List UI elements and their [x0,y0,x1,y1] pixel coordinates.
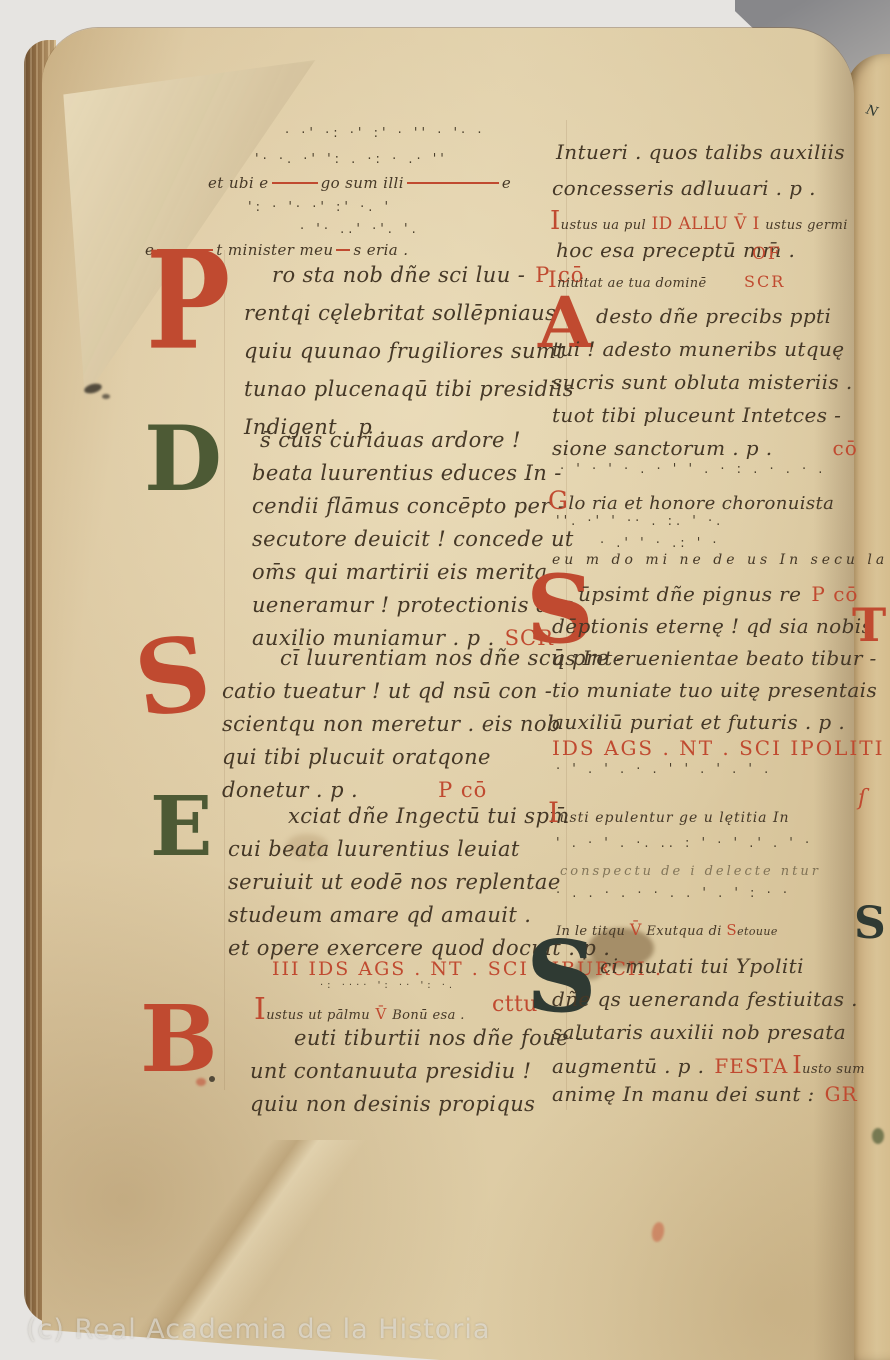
text-run: usto sum [802,1062,865,1077]
text-run: seruiuit ut eodē nos replentae [228,870,561,894]
text-run: cui beata luurentius leuiat [228,837,520,861]
text-line: quiu non desinis propiqus [250,1088,584,1121]
text-line: Intueri . quos talibs auxiliis [556,140,845,164]
text-line: beata luurentius educes In - [252,457,574,490]
text-run: qui tibi plucuit oratqone [222,745,491,769]
text-run: augmentū . p . [552,1054,704,1078]
text-run: rentqi cęlebritat sollēpniaus ! [244,301,572,325]
text-line: sione sanctorum . p .cō [552,432,858,465]
text-run: Exutqua di [646,924,721,939]
neume-row: '· ·. ·' ': . ·: · .· '' [255,152,448,167]
chant-syllables: eu m do mi ne de us In secu la [552,552,888,568]
versicle-mark: V̄ [630,920,642,939]
text-run: unt contanuuta presidiu ! [250,1059,531,1083]
text-line: salutaris auxilii nob presata [552,1016,865,1049]
text-run: usti epulentur ge u lętitia In [559,810,789,826]
text-run: ustus germi [765,218,848,233]
initial-P: P [146,249,230,354]
text-line: seruiuit ut eodē nos replentae [228,866,610,899]
text-run: cendii flāmus concēpto per - [252,494,565,518]
text-line: tuot tibi pluceunt Intetces - [552,399,858,432]
text-run: quiu quunao frugiliores sumt [244,339,565,363]
initial-D: D [144,424,222,494]
prayer-paragraph: ci mutati tui Ypoliti dñe qs ueneranda f… [552,950,865,1086]
text-run: ūpsimt dñe pignus re [578,582,801,606]
text-run: s̄ cuis curiauas ardore ! [260,428,521,452]
text-run: tui ! adesto muneribs utquę [552,337,845,361]
text-line: concesseris adluuari . p . [552,176,816,200]
rubric-marker: FESTA [714,1054,788,1078]
initial-E: E [150,796,213,860]
neume-row: · '· ..' ·'. '. [300,222,420,237]
feast-rubric: IDS AGS . NT . SCI IPOLITI . [552,736,890,760]
neume-row: ': · '· ·' :' ·. ' [248,200,392,215]
text-run: ustus ut pālmu [266,1008,370,1023]
text-run: qs Interuenientae beato tibur - [552,646,877,670]
text-run: quiu non desinis propiqus [250,1092,535,1116]
text-line: tunao plucenaqū tibi presidiis [244,370,584,408]
prayer-paragraph: ūpsimt dñe pignus reP cō dēptionis etern… [552,578,877,738]
text-line: tio muniate tuo uitę presentais [552,674,877,706]
neume-row: · .' ' · .: ' · [600,536,721,551]
text-run: etouue [737,925,778,938]
chant-text-line: et ubi ego sum illie [208,174,511,192]
text-run: xciat dñe Ingectū tui spm̄ [288,804,570,828]
neume-row: · ·' ·: ·' :' · '' · '· · [285,126,485,141]
text-run: donetur . p . [222,778,358,802]
text-run: tio muniate tuo uitę presentais [552,678,877,702]
text-line: desto dñe precibs ppti [596,300,858,333]
melisma-line [407,182,499,184]
edge-initial-S: S [854,898,886,949]
chant-text-line: Glo ria et honore choronuista [548,486,834,515]
text-line: animę In manu dei sunt :GR [552,1082,858,1106]
text-run: Bonū esa . [392,1008,465,1023]
text-run: sione sanctorum . p . [552,436,773,460]
edge-green-mark [872,1128,884,1144]
text-run: beata luurentius educes In - [252,461,562,485]
text-run: ustus ua pul [561,218,646,233]
rubric-marker: ID ALLU V̄ I [652,214,760,234]
text-run: ci mutati tui Ypoliti [600,954,804,978]
text-line: ūpsimt dñe pignus reP cō [578,578,877,610]
text-run: salutaris auxilii nob presata [552,1020,846,1044]
margin-rubric-of: OF [752,244,782,264]
text-run: ro sta nob dñe sci luu - [272,263,525,287]
text-run: studeum amare qd amauit . [228,903,531,927]
neume-row: ·: ···· ': ·· ': ·. [320,980,456,991]
text-run: catio tueatur ! ut qd nsū con - [222,679,552,703]
neume-row: ''. ·' ' ·· . :. ' ·. [556,514,724,529]
text-run: sucris sunt obluta misteriis . [552,370,853,394]
text-run: tuot tibi pluceunt Intetces - [552,403,841,427]
initial-I: I [550,206,561,236]
ink-stain [102,394,110,399]
text-run: secutore deuicit ! concede ut [252,527,574,551]
neume-row: · . . · . · · . . ' . ' : · · [556,886,791,901]
text-line: quiu quunao frugiliores sumt [244,332,584,370]
initial-S: S [131,633,215,722]
melisma-line [336,249,350,251]
text-line: s̄ cuis curiauas ardore ! [260,424,574,457]
margin-rubric-scr: SCR [744,272,785,291]
chant-text-line: Iusti epulentur ge u lętitia In [548,796,790,829]
faded-chant-text: conspectu de i delecte ntur [560,864,821,879]
prayer-paragraph: euti tiburtii nos dñe foue - unt contanu… [250,1022,584,1121]
text-run: e [502,174,511,192]
text-line: auxiliū puriat et futuris . p . [552,706,877,738]
text-run: dēptionis eternę ! qd sia nobis [552,614,872,638]
text-line: ci mutati tui Ypoliti [600,950,865,983]
rubric-marker: GR [825,1082,858,1106]
rubric-marker: P cō [438,778,487,802]
verse-incipit-line: Iustus ua pul ID ALLU V̄ I ustus germi [550,206,848,236]
initial-S-small: S [726,921,737,939]
text-line: dēptionis eternę ! qd sia nobis [552,610,877,642]
text-run: auxiliū puriat et futuris . p . [552,710,845,734]
prayer-paragraph: desto dñe precibs ppti tui ! adesto mune… [552,300,858,465]
text-line: dñe qs ueneranda festiuitas . [552,983,865,1016]
initial-I: I [792,1051,802,1079]
rubric-marker: cō [833,436,858,460]
edge-glyph: ſ [858,786,867,811]
text-line: qs Interuenientae beato tibur - [552,642,877,674]
versicle-mark: V̄ [375,1005,386,1023]
text-line: secutore deuicit ! concede ut [252,523,574,556]
copyright-watermark: (c) Real Academia de la Historia [26,1314,490,1345]
text-run: dñe qs ueneranda festiuitas . [552,987,858,1011]
text-run: et ubi e [208,174,269,192]
prayer-paragraph: ro sta nob dñe sci luu -P cō rentqi cęle… [244,256,584,446]
text-line: tui ! adesto muneribs utquę [552,333,858,366]
text-line: cendii flāmus concēpto per - [252,490,574,523]
text-run: lo ria et honore choronuista [568,493,834,514]
initial-I: I [548,796,559,829]
initial-G: G [548,486,568,515]
text-line: cui beata luurentius leuiat [228,833,610,866]
text-run: scientqu non meretur . eis nob [222,712,561,736]
neume-row: ' . · ' . ·. .. : ' · ' .' . ' · [556,836,813,851]
text-run: desto dñe precibs ppti [596,304,831,328]
text-line: augmentū . p .FESTAIusto sum [552,1049,865,1086]
text-run: animę In manu dei sunt : [552,1082,815,1106]
text-run: go sum illi [321,174,404,192]
text-line: unt contanuuta presidiu ! [250,1055,584,1088]
text-run: tunao plucenaqū tibi presidiis [244,377,574,401]
text-run: om̄s qui martirii eis merita [252,560,548,584]
initial-B: B [140,1004,218,1076]
manuscript-photo: · ·' ·: ·' :' · '' · '· · '· ·. ·' ': . … [0,0,890,1360]
melisma-line [272,182,318,184]
edge-initial-T: T [852,598,887,652]
neume-row: · ' · ' · . · ' ' . · : . · . · . [560,462,826,477]
neume-row: · ' . ' . · . ' ' . ' . ' . [556,762,772,777]
text-line: sucris sunt obluta misteriis . [552,366,858,399]
text-line: rentqi cęlebritat sollēpniaus ! [244,294,584,332]
